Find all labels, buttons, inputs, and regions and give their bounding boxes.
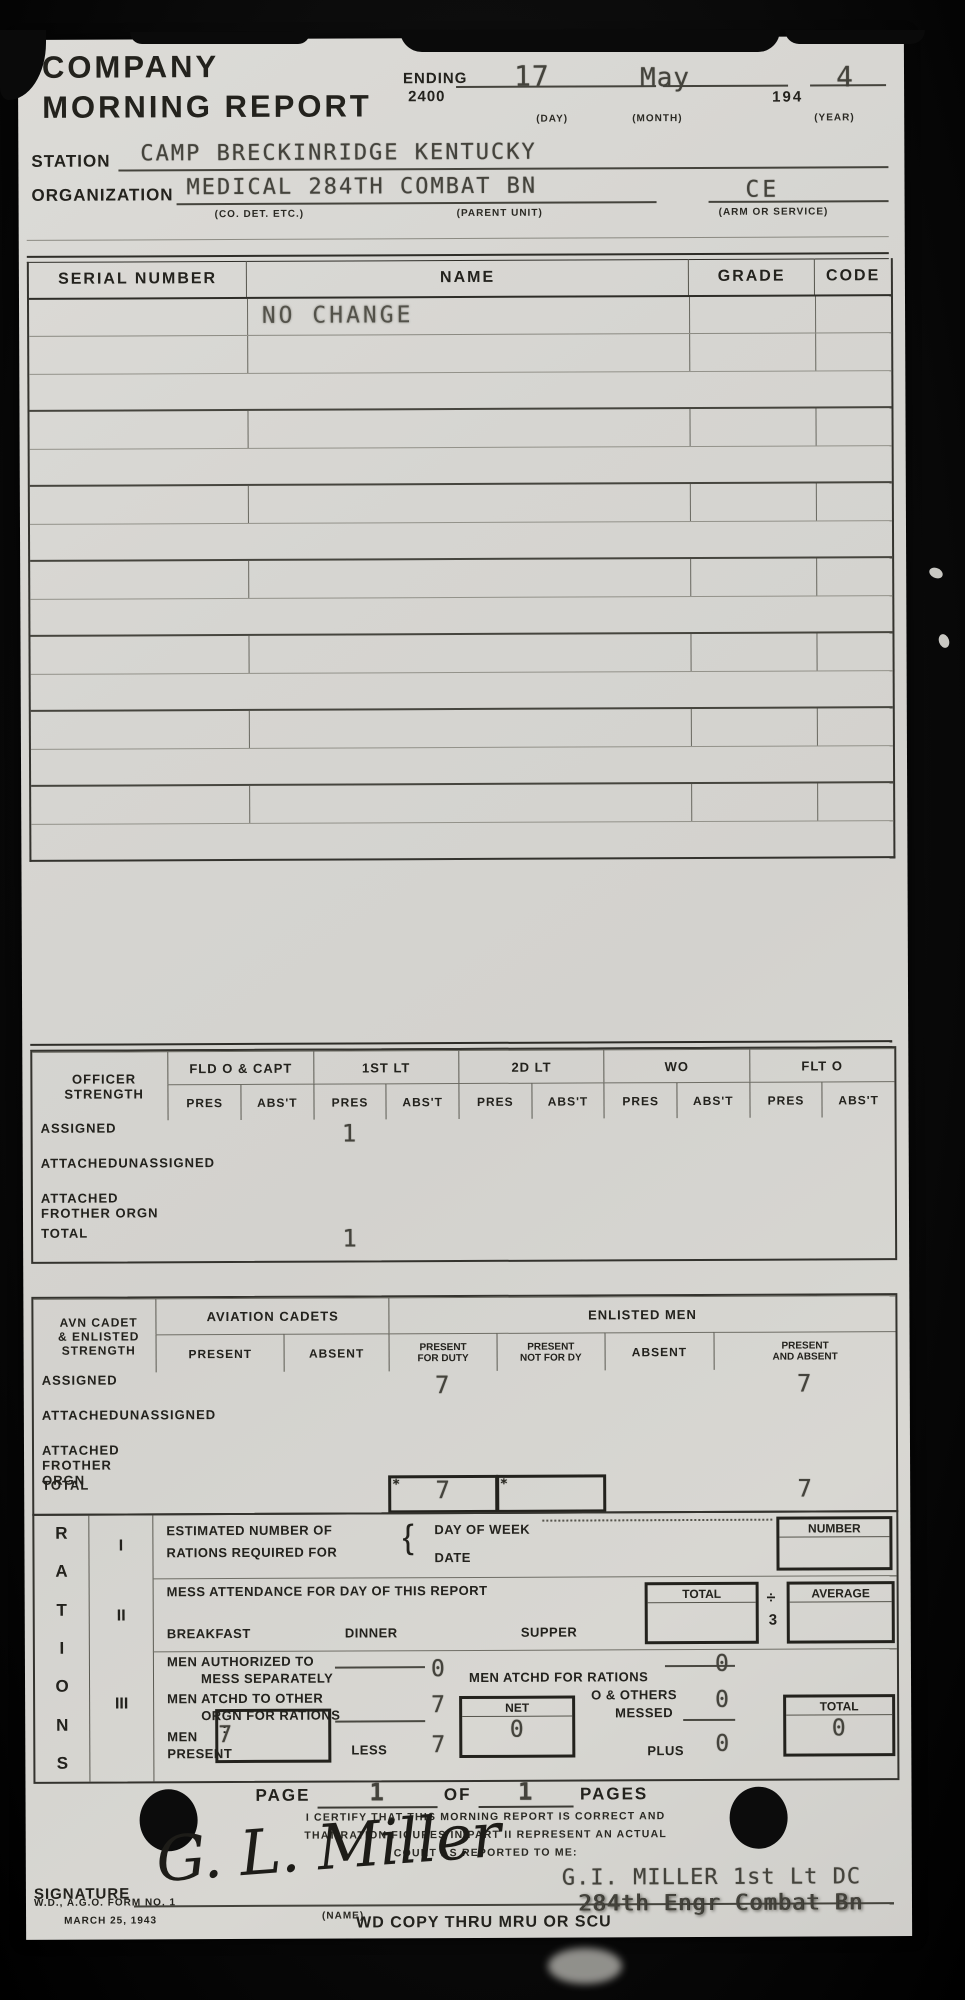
section-divider	[27, 236, 889, 241]
pres-header: PRES	[604, 1082, 677, 1118]
officer-cell	[531, 1153, 604, 1188]
scan-edge-artifact	[400, 30, 780, 52]
enlisted-absent-header: ABSENT	[604, 1332, 714, 1370]
cadet-cell	[714, 1404, 896, 1440]
month-value: May	[640, 63, 690, 93]
officer-cell	[532, 1188, 605, 1223]
abst-header: ABS'T	[676, 1082, 749, 1118]
officer-cell	[677, 1118, 750, 1153]
rations-row-2: MESS ATTENDANCE FOR DAY OF THIS REPORT B…	[153, 1575, 897, 1652]
officer-cell	[677, 1153, 750, 1188]
day-value: 17	[514, 60, 550, 93]
arm-value: CE	[745, 177, 779, 203]
cadet-cell	[497, 1440, 605, 1475]
cadet-cell: *	[497, 1475, 605, 1511]
cadet-cell	[157, 1477, 285, 1514]
roster-blank-rows	[29, 333, 893, 860]
pres-header: PRES	[749, 1081, 822, 1117]
officer-table-title: OFFICER STRENGTH	[32, 1051, 168, 1121]
month-label: (MONTH)	[632, 113, 682, 124]
scan-speck	[928, 566, 945, 581]
cadet-cell	[284, 1406, 389, 1441]
cadet-cell	[156, 1372, 284, 1408]
station-value: CAMP BRECKINRIDGE KENTUCKY	[140, 140, 536, 167]
brace: {	[402, 1518, 414, 1557]
roster-table: SERIAL NUMBER NAME GRADE CODE NO CHANGE	[27, 258, 896, 862]
cadet-cell	[604, 1370, 714, 1405]
roster-blank-row	[30, 483, 892, 562]
pres-header: PRES	[313, 1083, 386, 1119]
mess-total-box: TOTAL	[645, 1582, 759, 1644]
officer-cell	[386, 1189, 459, 1224]
org-sub-label-2: (PARENT UNIT)	[457, 208, 543, 219]
officer-cell	[750, 1187, 823, 1222]
roster-blank-row	[30, 558, 892, 637]
cadet-cell	[284, 1371, 389, 1406]
plus-value: 0	[715, 1731, 730, 1757]
cadet-row-label: TOTAL	[34, 1477, 157, 1514]
others-messed-value: 0	[715, 1687, 730, 1713]
men-atchd-rations-value: 0	[715, 1651, 730, 1677]
pres-header: PRES	[458, 1083, 531, 1119]
officer-cell	[749, 1152, 822, 1187]
column-divider	[815, 296, 816, 332]
officer-cell	[459, 1189, 532, 1224]
officer-row-label: ATTACHED FROTHER ORGN	[33, 1190, 168, 1226]
cadet-cell	[389, 1406, 497, 1441]
cadet-absent-header: ABSENT	[283, 1333, 388, 1371]
scan-edge-artifact	[785, 30, 925, 44]
day-label: (DAY)	[536, 114, 568, 125]
officer-cell	[677, 1188, 750, 1223]
officer-cell	[604, 1153, 677, 1188]
officer-cell	[168, 1120, 241, 1155]
officer-cell	[532, 1223, 605, 1259]
roster-blank-row	[29, 408, 891, 487]
officer-cell	[459, 1154, 532, 1189]
day-underline	[456, 85, 656, 88]
roster-entry-row: NO CHANGE	[29, 296, 891, 337]
present-and-absent-header: PRESENTAND ABSENT	[714, 1331, 896, 1370]
atchd-other-orgn-value: 7	[431, 1692, 446, 1718]
roster-blank-row	[31, 783, 893, 860]
less-value: 7	[431, 1732, 446, 1758]
average-box: AVERAGE	[787, 1581, 895, 1643]
cadet-cell	[284, 1476, 389, 1512]
form-number: W.D., A.G.O. FORM NO. 1	[34, 1897, 176, 1909]
cadet-cell	[284, 1441, 389, 1476]
wd-copy-note: WD COPY THRU MRU OR SCU	[356, 1913, 612, 1932]
aviation-cadets-group: AVIATION CADETS	[156, 1297, 389, 1334]
cadet-cell	[605, 1475, 715, 1511]
arm-label: (ARM OR SERVICE)	[719, 206, 829, 217]
rations-side-label: RA TI ON S	[34, 1516, 90, 1782]
abst-header: ABS'T	[240, 1084, 313, 1120]
form-title-line1: COMPANY	[42, 49, 219, 86]
cadet-cell	[714, 1439, 896, 1475]
pres-header: PRES	[168, 1084, 241, 1120]
form-date: MARCH 25, 1943	[64, 1915, 157, 1926]
officer-cell	[822, 1152, 895, 1187]
roster-blank-row	[29, 333, 891, 412]
officer-cell	[168, 1155, 241, 1190]
officer-cell	[241, 1225, 314, 1261]
officer-cell: 1	[313, 1119, 386, 1154]
number-box: NUMBER	[776, 1516, 892, 1571]
part-i-label: I	[89, 1537, 152, 1555]
signer-typed-name: G.I. MILLER 1st Lt DC	[562, 1864, 861, 1890]
station-underline	[118, 166, 888, 171]
men-present-box: : 7	[215, 1709, 331, 1764]
officer-cell	[313, 1154, 386, 1189]
year-label: (YEAR)	[814, 112, 855, 123]
roster-header-serial: SERIAL NUMBER	[29, 261, 246, 298]
cadet-row-label: ATTACHED FROTHER ORGN	[34, 1442, 157, 1478]
officer-cell	[822, 1117, 895, 1152]
organization-underline	[177, 201, 657, 205]
net-value: 0	[462, 1717, 572, 1743]
officer-cell	[822, 1187, 895, 1222]
cadet-cell: 7	[714, 1369, 896, 1405]
scan-smudge	[548, 1948, 622, 1984]
officer-cell	[314, 1189, 387, 1224]
officer-cell: 1	[314, 1224, 387, 1260]
officer-cell	[531, 1118, 604, 1153]
officer-group-wo: WO	[604, 1049, 749, 1083]
scanned-morning-report: COMPANY MORNING REPORT ENDING 2400 17 (D…	[0, 0, 965, 2000]
officer-group-1st-lt: 1ST LT	[313, 1050, 458, 1084]
part-ii-label: II	[90, 1607, 153, 1625]
men-present-value: 7	[218, 1722, 233, 1748]
roster-header-code: CODE	[814, 258, 891, 294]
officer-cell	[386, 1154, 459, 1189]
day-of-week-line	[542, 1519, 772, 1522]
enlisted-men-group: ENLISTED MEN	[388, 1295, 895, 1333]
ending-label: ENDING	[403, 70, 467, 87]
scan-edge-artifact	[130, 32, 310, 44]
officer-cell	[386, 1224, 459, 1260]
cadet-row-label: ATTACHEDUNASSIGNED	[34, 1407, 157, 1443]
officer-group-fldo-capt: FLD O & CAPT	[168, 1051, 313, 1085]
abst-header: ABS'T	[531, 1082, 604, 1118]
officer-strength-table: OFFICER STRENGTH FLD O & CAPT 1ST LT 2D …	[30, 1046, 897, 1264]
cadet-cell	[389, 1441, 497, 1476]
roster-entry-text: NO CHANGE	[262, 302, 414, 329]
form-title-line2: MORNING REPORT	[42, 88, 372, 125]
arm-underline	[709, 200, 889, 203]
rations-row-1: ESTIMATED NUMBER OF RATIONS REQUIRED FOR…	[152, 1512, 896, 1579]
officer-cell	[604, 1223, 677, 1259]
year-prefix: 194	[772, 89, 803, 106]
roster-header-name: NAME	[246, 259, 688, 297]
cadet-cell	[156, 1407, 284, 1443]
cadet-cell	[156, 1442, 284, 1478]
rations-row-3: MEN AUTHORIZED TO MESS SEPARATELY 0 MEN …	[153, 1648, 898, 1781]
officer-cell	[386, 1119, 459, 1154]
station-label: STATION	[31, 152, 110, 172]
roster-header-grade: GRADE	[688, 258, 815, 295]
net-box: NET 0	[459, 1696, 575, 1759]
column-divider	[689, 297, 690, 333]
rations-section: RA TI ON S I II III ESTIMATED NUMBER OF …	[32, 1510, 899, 1784]
rations-total-value: 0	[786, 1715, 892, 1741]
cadet-table-title: AVN CADET & ENLISTED STRENGTH	[33, 1298, 156, 1373]
cadet-cell	[497, 1370, 605, 1405]
officer-cell	[459, 1119, 532, 1154]
rations-roman-column: I II III	[89, 1515, 154, 1781]
column-divider	[247, 299, 248, 335]
divide-sign: ÷	[767, 1590, 776, 1608]
cadet-present-header: PRESENT	[156, 1334, 284, 1373]
rations-total-box: TOTAL 0	[783, 1694, 895, 1756]
cadet-cell	[605, 1440, 715, 1475]
cadet-cell	[497, 1405, 605, 1440]
present-for-duty-header: PRESENTFOR DUTY	[389, 1333, 497, 1371]
cadet-cell: 7	[389, 1371, 497, 1406]
ending-value: 2400	[408, 88, 445, 105]
officer-cell	[604, 1118, 677, 1153]
scan-speck	[937, 633, 951, 650]
officer-cell	[168, 1225, 241, 1261]
year-value: 4	[836, 60, 854, 93]
mess-separately-value: 0	[431, 1656, 446, 1682]
paper-sheet: COMPANY MORNING REPORT ENDING 2400 17 (D…	[18, 36, 912, 1940]
present-not-for-dy-header: PRESENTNOT FOR DY	[496, 1332, 604, 1370]
part-iii-label: III	[90, 1695, 153, 1713]
signer-typed-unit: 284th Engr Combat Bn	[578, 1890, 863, 1916]
officer-group-flt-o: FLT O	[749, 1048, 894, 1082]
officer-cell	[459, 1224, 532, 1260]
org-sub-label-1: (CO. DET. ETC.)	[215, 209, 305, 220]
officer-cell	[822, 1222, 895, 1258]
organization-value: MEDICAL 284TH COMBAT BN	[186, 174, 537, 201]
officer-cell	[241, 1155, 314, 1190]
officer-cell	[241, 1190, 314, 1225]
officer-cell	[241, 1120, 314, 1155]
organization-label: ORGANIZATION	[31, 185, 173, 206]
divide-by-3: 3	[769, 1612, 778, 1629]
officer-group-2d-lt: 2D LT	[458, 1049, 603, 1083]
abst-header: ABS'T	[822, 1081, 895, 1117]
cadet-cell: 7	[714, 1474, 896, 1511]
officer-row-label: ASSIGNED	[33, 1120, 168, 1156]
roster-blank-row	[30, 633, 892, 712]
cadet-cell: *7	[389, 1476, 497, 1512]
officer-row-label: ATTACHEDUNASSIGNED	[33, 1155, 168, 1191]
roster-blank-row	[31, 708, 893, 787]
roster-header-row: SERIAL NUMBER NAME GRADE CODE	[29, 258, 891, 300]
officer-cell	[749, 1117, 822, 1152]
officer-row-label: TOTAL	[33, 1225, 168, 1262]
cadet-enlisted-table: AVN CADET & ENLISTED STRENGTH AVIATION C…	[31, 1293, 898, 1516]
cadet-cell	[604, 1405, 714, 1440]
cadet-row-label: ASSIGNED	[34, 1372, 157, 1408]
officer-cell	[168, 1190, 241, 1225]
abst-header: ABS'T	[386, 1083, 459, 1119]
officer-cell	[677, 1223, 750, 1259]
officer-cell	[604, 1188, 677, 1223]
officer-cell	[750, 1222, 823, 1258]
